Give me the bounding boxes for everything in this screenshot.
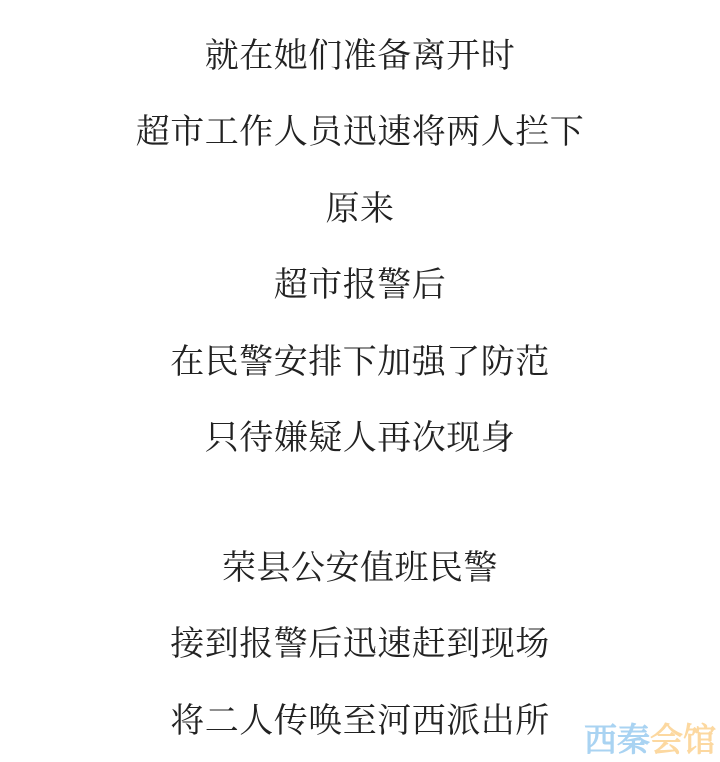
article-line: 在民警安排下加强了防范: [0, 320, 720, 397]
article-line: 荣县公安值班民警: [0, 526, 720, 603]
watermark: 西秦会馆: [584, 723, 716, 756]
article-body: 就在她们准备离开时超市工作人员迅速将两人拦下原来超市报警后在民警安排下加强了防范…: [0, 0, 720, 756]
article-line: 只待嫌疑人再次现身: [0, 397, 720, 474]
watermark-segment: 会馆: [650, 723, 716, 756]
paragraph: 就在她们准备离开时超市工作人员迅速将两人拦下原来超市报警后在民警安排下加强了防范…: [0, 14, 720, 473]
watermark-segment: 西秦: [584, 723, 650, 756]
article-line: 原来: [0, 167, 720, 244]
article-line: 接到报警后迅速赶到现场: [0, 603, 720, 680]
article-line: 超市工作人员迅速将两人拦下: [0, 91, 720, 168]
article-line: 超市报警后: [0, 244, 720, 321]
article-line: 就在她们准备离开时: [0, 14, 720, 91]
